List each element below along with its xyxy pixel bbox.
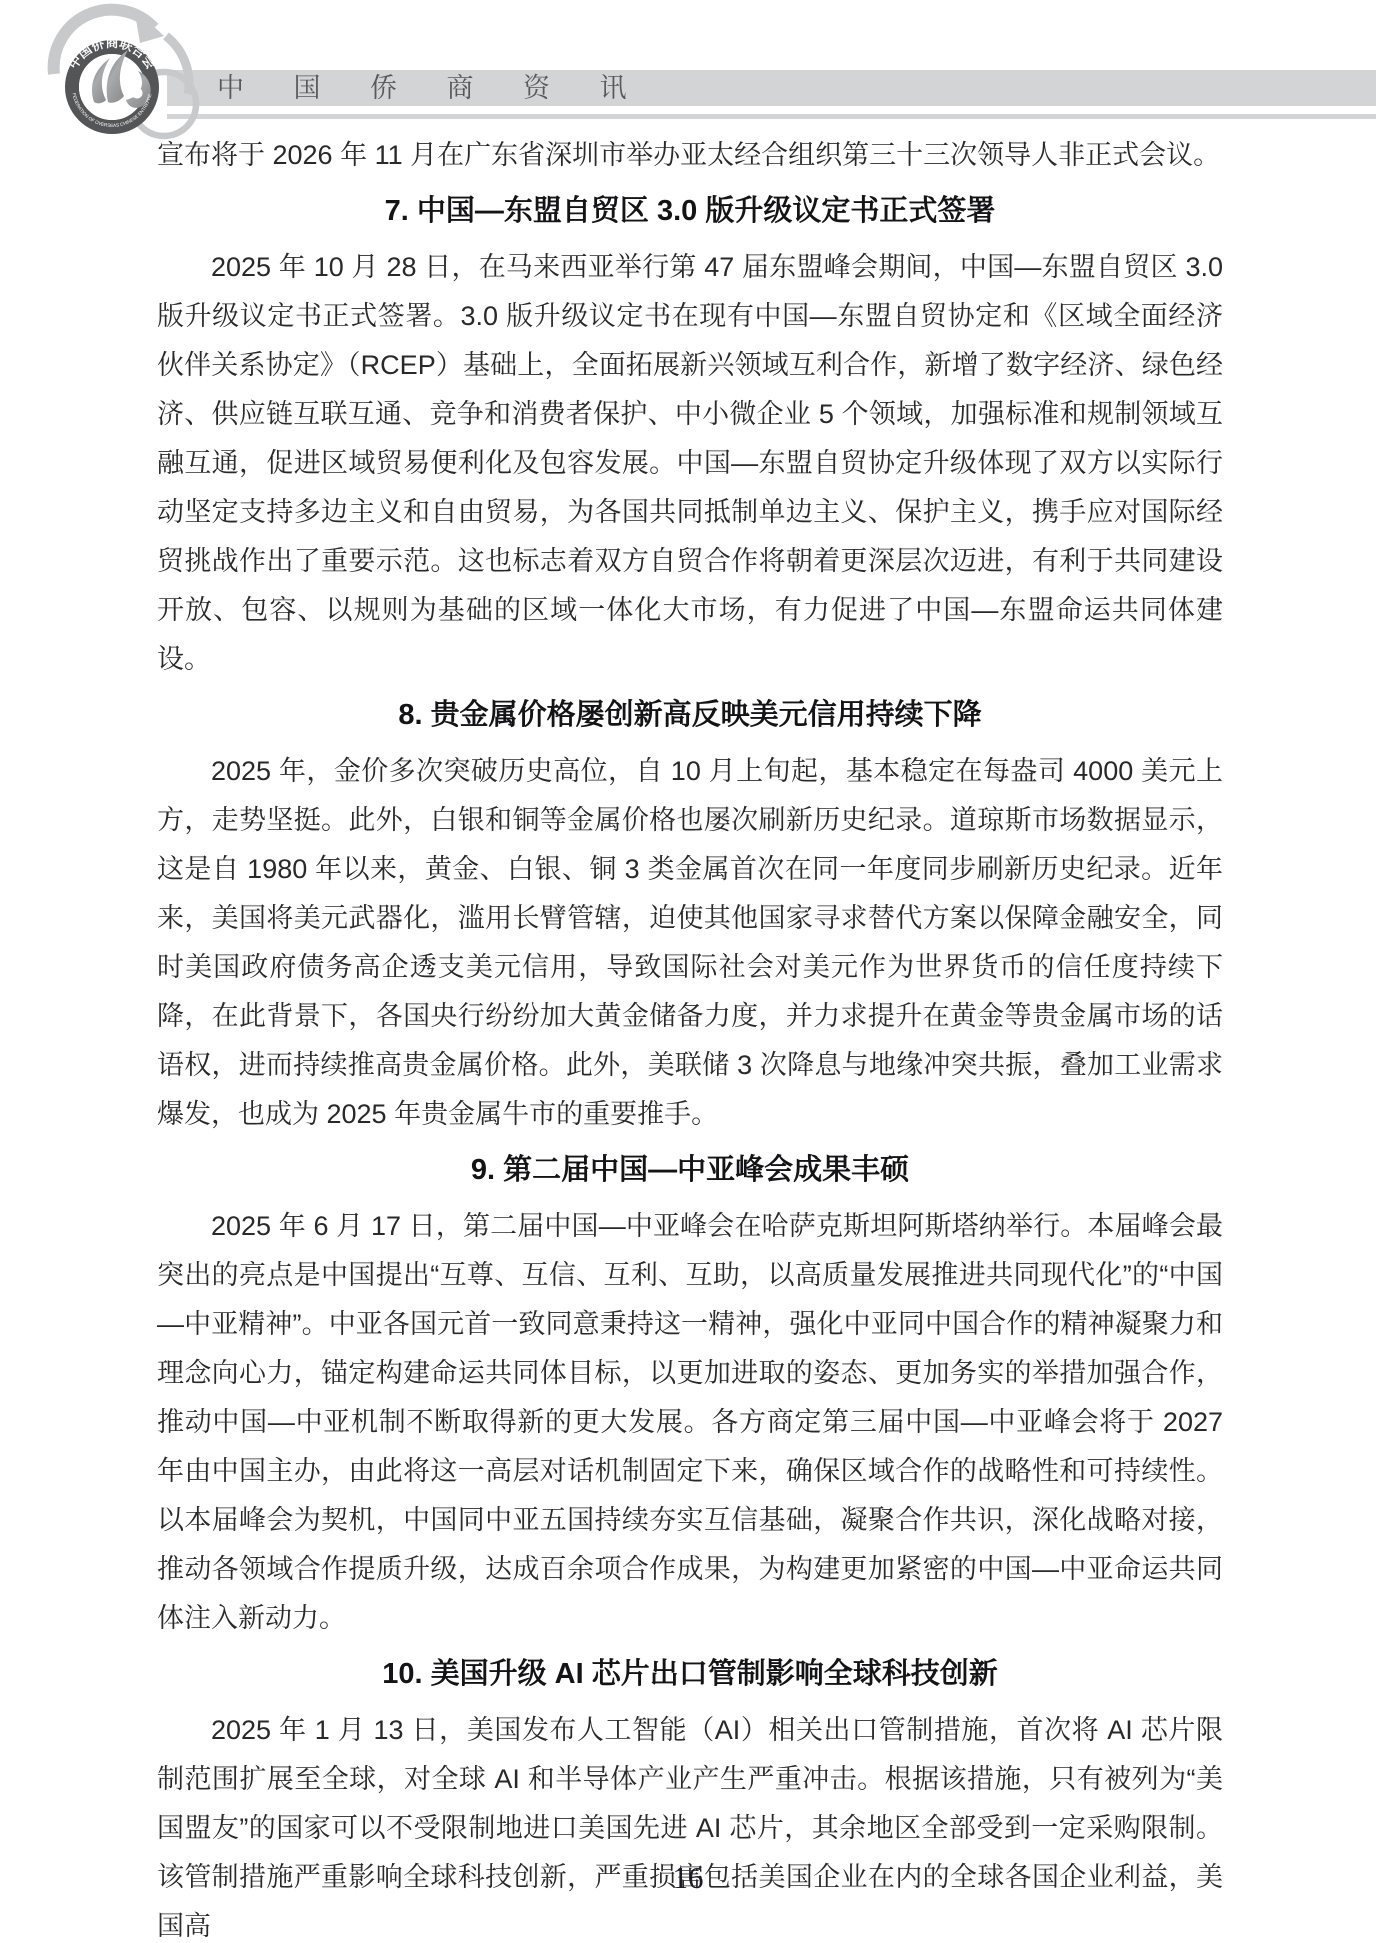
header-title: 中 国 侨 商 资 讯 xyxy=(217,70,648,106)
section-7-heading: 7. 中国—东盟自贸区 3.0 版升级议定书正式签署 xyxy=(157,187,1223,236)
page-content: 宣布将于 2026 年 11 月在广东省深圳市举办亚太经合组织第三十三次领导人非… xyxy=(157,131,1223,1943)
intro-paragraph: 宣布将于 2026 年 11 月在广东省深圳市举办亚太经合组织第三十三次领导人非… xyxy=(157,131,1223,180)
section-8-body: 2025 年，金价多次突破历史高位，自 10 月上旬起，基本稳定在每盎司 400… xyxy=(157,747,1223,1139)
section-7-body: 2025 年 10 月 28 日，在马来西亚举行第 47 届东盟峰会期间，中国—… xyxy=(157,243,1223,684)
page-number: 16 xyxy=(0,1860,1376,1896)
header-band: 中 国 侨 商 资 讯 xyxy=(167,70,1376,106)
section-10-body: 2025 年 1 月 13 日，美国发布人工智能（AI）相关出口管制措施，首次将… xyxy=(157,1706,1223,1943)
header-rule xyxy=(167,114,1376,119)
section-9-heading: 9. 第二届中国—中亚峰会成果丰硕 xyxy=(157,1146,1223,1195)
section-9-body: 2025 年 6 月 17 日，第二届中国—中亚峰会在哈萨克斯坦阿斯塔纳举行。本… xyxy=(157,1202,1223,1643)
logo-tulip-curl-hole xyxy=(132,88,143,99)
section-8-heading: 8. 贵金属价格屡创新高反映美元信用持续下降 xyxy=(157,691,1223,740)
section-10-heading: 10. 美国升级 AI 芯片出口管制影响全球科技创新 xyxy=(157,1650,1223,1699)
